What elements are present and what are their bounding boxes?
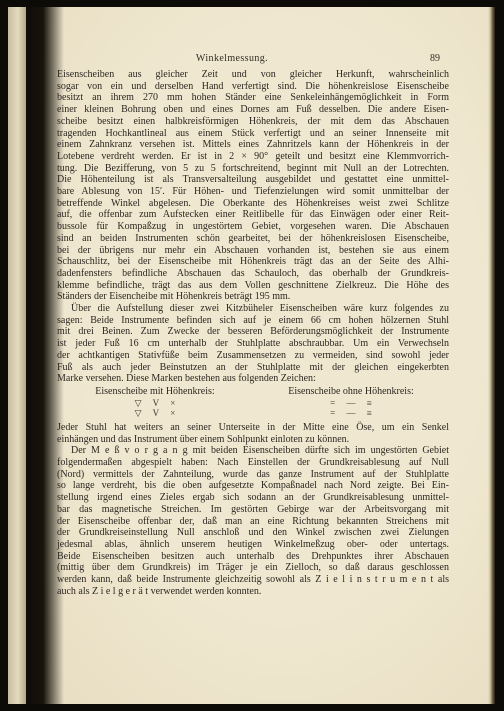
marks-symbols-left-row2: ▽ V × [57, 408, 253, 419]
text-line: einem Zahnkranz versehen ist. Mittels ei… [57, 139, 449, 151]
page-stack-edge [488, 7, 495, 704]
body-text: Eisenscheiben aus gleicher Zeit und von … [57, 69, 449, 597]
text-line: dadenfensters befindliche Abschauen das … [57, 268, 449, 280]
text-line: werden kann, daß beide Instrumente gleic… [57, 574, 449, 586]
text-line: Eisenscheiben aus gleicher Zeit und von … [57, 69, 449, 81]
text-line: der Grundkreiseinstellung Null anschloß … [57, 527, 449, 539]
text-line: sogar von ein und derselben Hand verfert… [57, 81, 449, 93]
facing-page-edge [8, 7, 26, 704]
text-line: sind an beiden Instrumenten schön gearbe… [57, 233, 449, 245]
text-line: der achtkantigen Stativfüße beim Zusamme… [57, 350, 449, 362]
text-line: sagen: Beide Instrumente befinden sich a… [57, 315, 449, 327]
text-line: folgendermaßen abgespielt haben: Nach Ei… [57, 457, 449, 469]
text-line: Fuß als auch jeder Beinstutzen an der St… [57, 362, 449, 374]
text-line: (Nord) vermittels der Zahnteilung, wurde… [57, 469, 449, 481]
text-line: bar das magnetische Streichen. Im gestör… [57, 504, 449, 516]
marks-heading-right: Eisenscheibe ohne Höhenkreis: [253, 386, 449, 398]
page-number: 89 [430, 53, 440, 64]
text-line: Ständers der Eisencheibe mit Höhenkreis … [57, 291, 449, 303]
text-line: der Eisenscheibe offenbar der, daß man a… [57, 516, 449, 528]
text-line: auch als Z i e l g e r ä t verwendet wer… [57, 586, 449, 598]
text-line: Lotebene verdreht werden. Er ist in 2 × … [57, 151, 449, 163]
marks-symbols-right-row1: = — ≡ [253, 398, 449, 409]
text-line: tung. Die Bezifferung, von 5 zu 5 fortsc… [57, 163, 449, 175]
text-line: Über die Aufstellung dieser zwei Kitzbüh… [57, 303, 449, 315]
text-line: bussole für Kompaßzug in ungestörtem Geb… [57, 221, 449, 233]
text-line: bei der übrigens nur mehr ein Abschauen … [57, 245, 449, 257]
text-line: betreffende Winkel abgelesen. Die Oberka… [57, 198, 449, 210]
text-line: Schauschlitz, bei der Eisenscheibe mit H… [57, 256, 449, 268]
text-line: mit drei Beinen. Zum Zwecke der besseren… [57, 326, 449, 338]
text-line: auf, die offenbar zum Aufstecken einer R… [57, 209, 449, 221]
marks-symbols-left-row1: ▽ V × [57, 398, 253, 409]
text-line: Die Höhenteilung ist als Transversalteil… [57, 174, 449, 186]
text-line: so lange verdreht, bis die oben aufgeset… [57, 480, 449, 492]
text-line: scheibe besitzt einen halbkreisförmigen … [57, 116, 449, 128]
text-line: Beide Eisenscheiben besitzen auch unterh… [57, 551, 449, 563]
text-line: tragenden Hochkantlineal aus einem Stück… [57, 128, 449, 140]
book-scan: Winkelmessung. 89 Eisenscheiben aus glei… [0, 0, 504, 711]
text-line: Marke versehen. Diese Marken bestehen au… [57, 373, 449, 385]
text-line: (mittig über dem Grundkreis) im Träger j… [57, 562, 449, 574]
running-head-title: Winkelmessung. [57, 53, 407, 64]
text-line: Der M e ß v o r g a n g mit beiden Eisen… [57, 445, 449, 457]
text-line: jedesmal ablas, ähnlich unserem heutigen… [57, 539, 449, 551]
text-line: ist jeder Fuß 16 cm unterhalb der Stuhlp… [57, 338, 449, 350]
text-line: stellung irgend eines Zieles ergab sich … [57, 492, 449, 504]
marks-symbols-right-row2: = — ≡ [253, 408, 449, 419]
stool-marks-table: Eisenscheibe mit Höhenkreis: Eisenscheib… [57, 386, 449, 419]
text-line: Jeder Stuhl hat weiters an seiner Unters… [57, 422, 449, 434]
text-line: klemme befindliche, trägt das aus dem Vo… [57, 280, 449, 292]
text-line: bare Ablesung von 15′. Für Höhen- und Ti… [57, 186, 449, 198]
marks-heading-left: Eisenscheibe mit Höhenkreis: [57, 386, 253, 398]
text-line: einer kleinen Bohrung oben und eines Dor… [57, 104, 449, 116]
text-line: besitzt an ihrem 270 mm hohen Ständer ei… [57, 92, 449, 104]
text-line: einhängen und das Instrument über einem … [57, 434, 449, 446]
